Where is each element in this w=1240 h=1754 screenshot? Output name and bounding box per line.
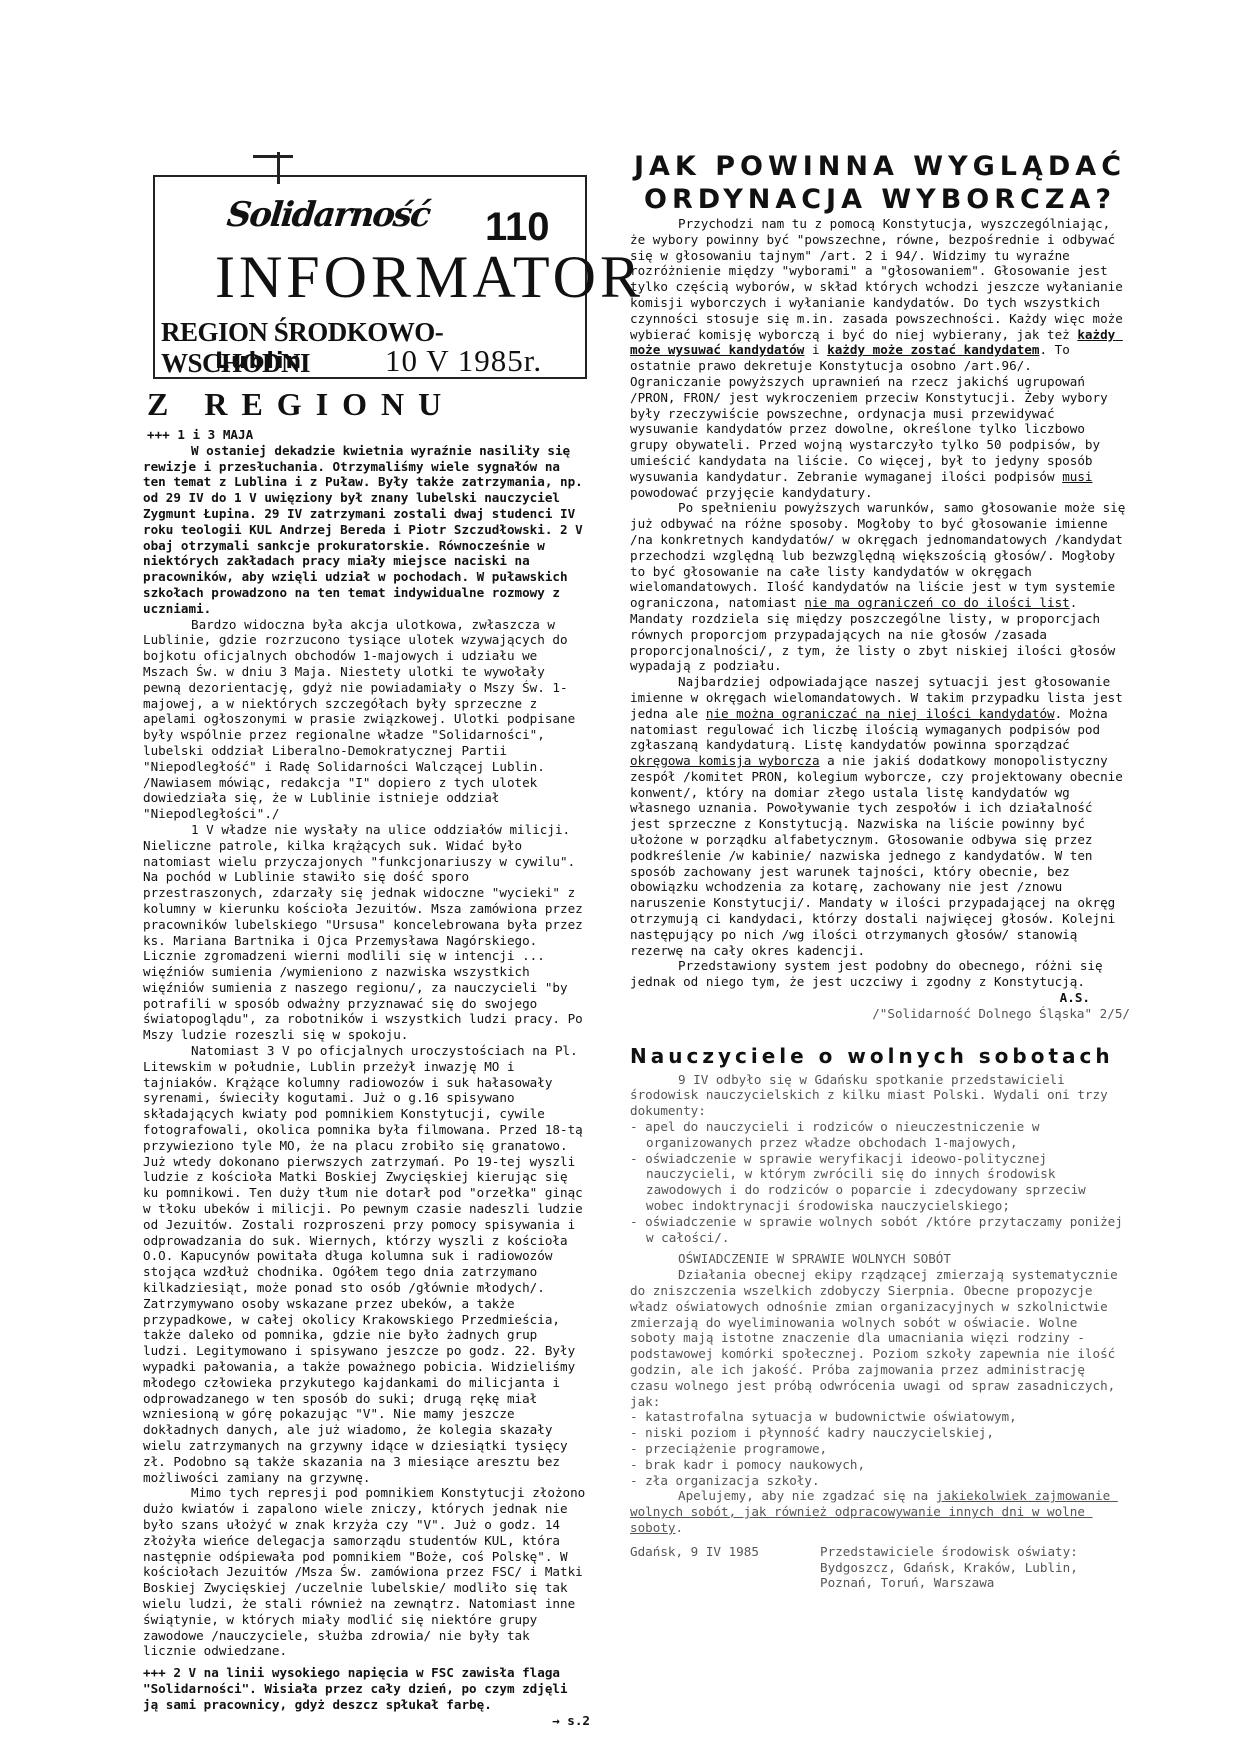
list-item: - zła organizacja szkoły. (630, 1473, 1130, 1489)
article-paragraph: Przedstawiony system jest podobny do obe… (630, 958, 1130, 990)
list-item: - przeciążenie programowe, (630, 1441, 1130, 1457)
list-item: - oświadczenie w sprawie weryfikacji ide… (630, 1151, 1130, 1214)
article-source: /"Solidarność Dolnego Śląska" 2/5/ (630, 1006, 1130, 1022)
statement-title: OŚWIADCZENIE W SPRAWIE WOLNYCH SOBÓT (678, 1251, 1130, 1267)
article2-title: Nauczyciele o wolnych sobotach (630, 1044, 1130, 1068)
appeal-paragraph: Apelujemy, aby nie zgadzać się na jakiek… (630, 1488, 1130, 1535)
article-title-line2: ORDYNACJA WYBORCZA? (630, 183, 1130, 216)
author-signature: A.S. (630, 990, 1090, 1006)
section-title: Z REGIONU (147, 386, 590, 423)
article-paragraph: Natomiast 3 V po oficjalnych uroczystośc… (143, 1043, 590, 1485)
list-item: - apel do nauczycieli i rodziców o nieuc… (630, 1119, 1130, 1151)
article-paragraph: Po spełnieniu powyższych warunków, samo … (630, 500, 1130, 674)
masthead: Solidarność 110 INFORMATOR REGION ŚRODKO… (153, 175, 587, 379)
city-name: Lublin (215, 349, 303, 374)
article-paragraph: Najbardziej odpowiadające naszej sytuacj… (630, 674, 1130, 958)
news-item: +++ 2 V na linii wysokiego napięcia w FS… (143, 1665, 590, 1712)
solidarnosc-logo: Solidarność (225, 195, 431, 235)
signatories: Przedstawiciele środowisk oświaty: Bydgo… (820, 1544, 1110, 1591)
continued-marker: → s.2 (143, 1713, 590, 1729)
article-subhead: +++ 1 i 3 MAJA (147, 427, 590, 443)
list-item: - brak kadr i pomocy naukowych, (630, 1457, 1130, 1473)
article-paragraph: Mimo tych represji pod pomnikiem Konstyt… (143, 1485, 590, 1659)
place-date: Gdańsk, 9 IV 1985 (630, 1544, 790, 1591)
flag-icon (253, 155, 293, 178)
left-column: Z REGIONU +++ 1 i 3 MAJA W ostaniej deka… (143, 378, 590, 1728)
article-paragraph: W ostaniej dekadzie kwietnia wyraźnie na… (143, 443, 590, 617)
article-paragraph: 1 V władze nie wysłały na ulice oddziałó… (143, 822, 590, 1043)
article-paragraph: Przychodzi nam tu z pomocą Konstytucja, … (630, 216, 1130, 500)
statement-footer: Gdańsk, 9 IV 1985 Przedstawiciele środow… (630, 1544, 1130, 1591)
document-list: - apel do nauczycieli i rodziców o nieuc… (630, 1119, 1130, 1245)
issue-date: 10 V 1985r. (385, 343, 542, 379)
article-title-line1: JAK POWINNA WYGLĄDAĆ (630, 150, 1130, 183)
article-paragraph: Działania obecnej ekipy rządzącej zmierz… (630, 1267, 1130, 1409)
list-item: - niski poziom i płynność kadry nauczyci… (630, 1425, 1130, 1441)
issues-list: - katastrofalna sytuacja w budownictwie … (630, 1409, 1130, 1488)
publication-title: INFORMATOR (215, 247, 644, 307)
right-column: JAK POWINNA WYGLĄDAĆ ORDYNACJA WYBORCZA?… (630, 150, 1130, 1591)
list-item: - katastrofalna sytuacja w budownictwie … (630, 1409, 1130, 1425)
list-item: - oświadczenie w sprawie wolnych sobót /… (630, 1214, 1130, 1246)
masthead-block: Solidarność 110 INFORMATOR REGION ŚRODKO… (143, 175, 593, 379)
article-paragraph: Bardzo widoczna była akcja ulotkowa, zwł… (143, 617, 590, 822)
article-paragraph: 9 IV odbyło się w Gdańsku spotkanie prze… (630, 1072, 1130, 1119)
